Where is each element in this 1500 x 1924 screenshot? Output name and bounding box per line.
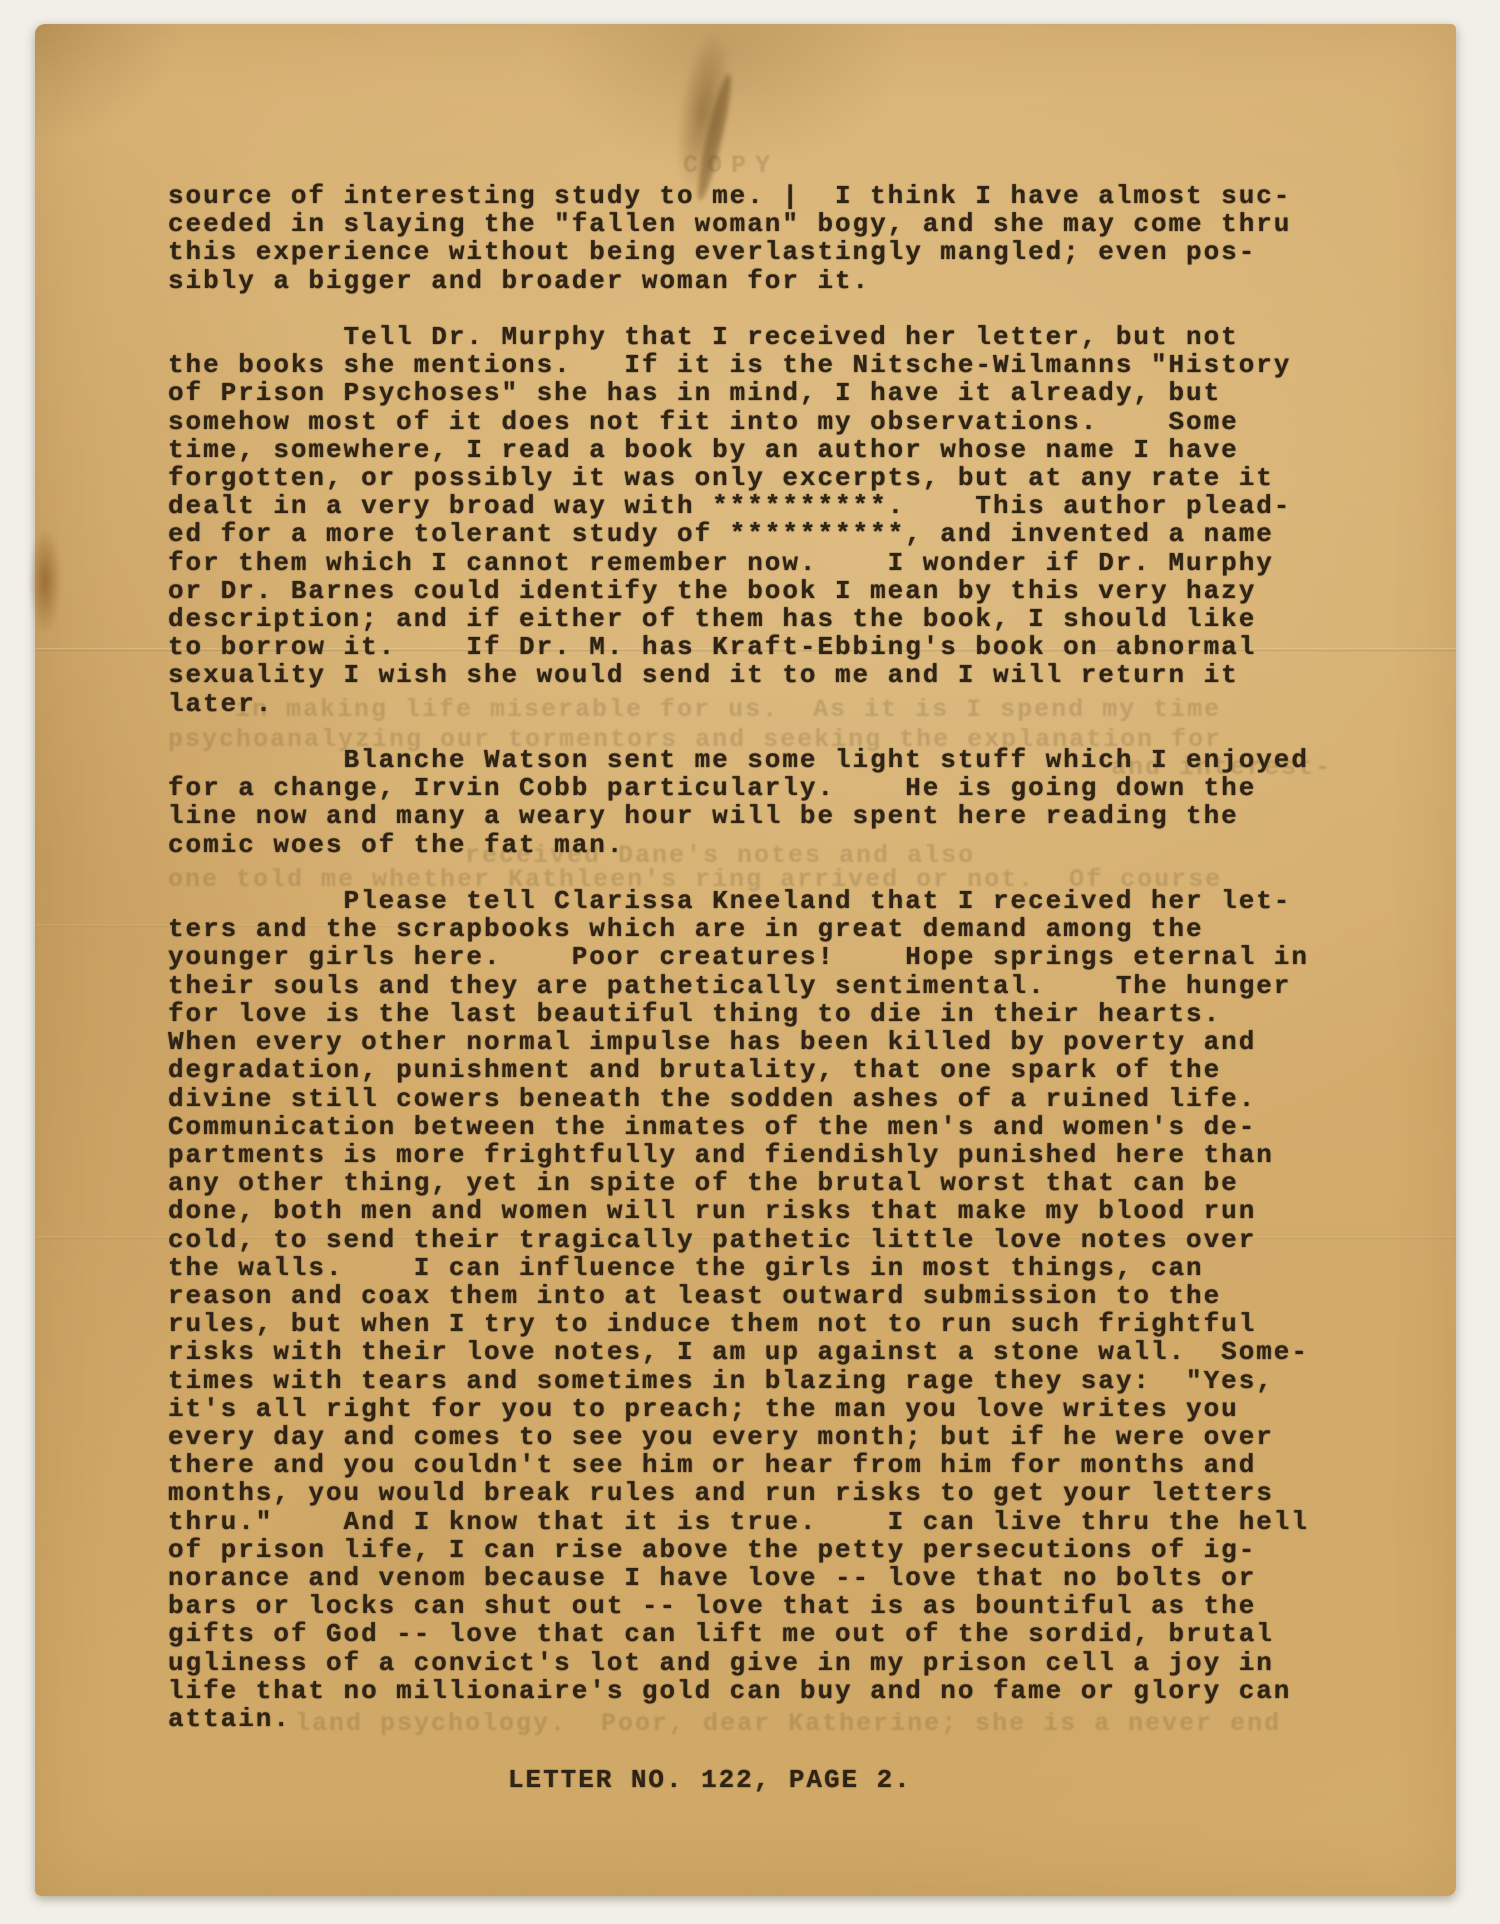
page-footer: LETTER NO. 122, PAGE 2. [508,1766,912,1794]
letter-page: COPYin making life miserable for us. As … [35,24,1456,1896]
stain-left-edge [27,522,63,640]
letter-body-text: source of interesting study to me. | I t… [168,182,1468,1733]
document-backdrop: COPYin making life miserable for us. As … [0,0,1500,1924]
paper-specks [35,24,40,29]
